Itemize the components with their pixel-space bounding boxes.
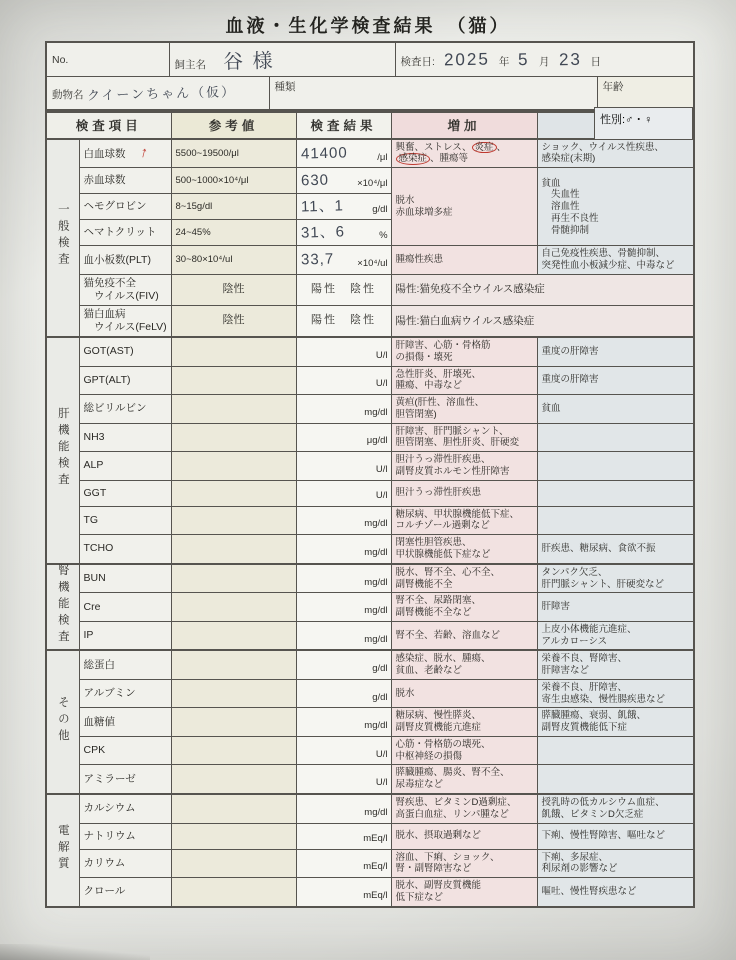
column-header-reference: 参考値 [171,112,296,139]
reference-value-cell [171,708,296,737]
result-row: クロールmEq/l脱水、副腎皮質機能低下症など嘔吐、慢性腎疾患など [46,878,694,907]
result-unit: mEq/l [363,833,387,845]
patient-info-table: No. 飼主名 谷 様 検査日: 2025 年 5 月 23 日 [45,41,695,111]
owner-label: 飼主名 [175,59,207,71]
result-row: 総ビリルビンmg/dl黄疸(肝性、溶血性、胆管閉塞)貧血 [46,395,694,424]
increase-causes-cell: 脱水、腎不全、心不全、副腎機能不全 [391,564,537,593]
photographed-form: 血液・生化学検査結果 （猫） No. 飼主名 谷 様 検査日: 2025 年 5… [0,0,736,960]
age-cell: 年齢 [597,77,694,110]
reference-value-cell [171,593,296,622]
result-value-cell: μg/dl [296,423,391,452]
decrease-causes-cell: 栄養不良、肝障害、寄生虫感染、慢性腸疾患など [537,679,694,708]
section-label: 一般検査 [46,139,79,338]
decrease-causes-cell: 自己免疫性疾患、骨髄抑制、突発性血小板減少症、中毒など [537,246,694,275]
owner-cell: 飼主名 谷 様 [169,42,395,77]
exam-month-handwritten: 5 [518,49,530,69]
column-header-item: 検査項目 [46,112,171,139]
result-value-cell: U/l [296,337,391,366]
reference-value-cell: 30~80×10⁴/ul [171,246,296,275]
result-row: 血糖値mg/dl糖尿病、慢性膵炎、副腎皮質機能亢進症膵臓腫瘍、衰弱、飢餓、副腎皮… [46,708,694,737]
result-unit: μg/dl [367,435,388,447]
reference-value-cell: 陰性 [171,306,296,338]
item-cell: GPT(ALT) [79,366,171,395]
result-row: GGTU/l胆汁うっ滞性肝疾患 [46,480,694,506]
item-cell: クロール [79,878,171,907]
item-cell: ナトリウム [79,823,171,849]
item-cell: BUN [79,564,171,593]
red-circle-annotation: 感染症 [396,153,431,165]
reference-value-cell [171,736,296,765]
results-table: 検査項目 参考値 検査結果 増加 減少 一般検査白血球数↑5500~19500/… [45,111,695,908]
result-row: GPT(ALT)U/l急性肝炎、肝壊死、腫瘍、中毒など重度の肝障害 [46,366,694,395]
increase-causes-cell: 胆汁うっ滞性肝疾患 [391,480,537,506]
result-handwritten: 11、1 [300,198,343,214]
no-label: No. [52,54,68,66]
section-label: 電解質 [46,794,79,907]
result-row: TCHOmg/dl閉塞性胆管疾患、甲状腺機能低下症など肝疾患、糖尿病、食欲不振 [46,535,694,564]
sex-cell: 性別:♂・♀ [594,107,693,140]
species-label: 種類 [275,81,296,93]
result-row: 電解質カルシウムmg/dl腎疾患、ビタミンD過剰症、高蛋白血症、リンパ腫など授乳… [46,794,694,823]
decrease-causes-cell [537,480,694,506]
decrease-causes-cell: タンパク欠乏、肝門脈シャント、肝硬変など [537,564,694,593]
decrease-causes-cell: 授乳時の低カルシウム血症、飢餓、ビタミンD欠乏症 [537,794,694,823]
item-cell: ALP [79,452,171,481]
item-cell: 赤血球数 [79,168,171,194]
item-cell: 総蛋白 [79,650,171,679]
result-value-cell: mEq/l [296,878,391,907]
result-value-cell: mg/dl [296,506,391,535]
reference-value-cell [171,480,296,506]
result-unit: U/l [376,464,388,476]
result-value-cell: mg/dl [296,621,391,650]
result-value-cell: U/l [296,452,391,481]
result-value-cell: mg/dl [296,708,391,737]
item-cell: アルブミン [79,679,171,708]
decrease-causes-cell: 重度の肝障害 [537,337,694,366]
result-value-cell: mg/dl [296,535,391,564]
result-unit: g/dl [372,692,387,704]
result-row: TGmg/dl糖尿病、甲状腺機能低下症、コルチゾール過剰など [46,506,694,535]
day-unit-label: 日 [591,56,602,68]
result-row: CPKU/l心筋・骨格筋の壊死、中枢神経の損傷 [46,736,694,765]
item-cell: GOT(AST) [79,337,171,366]
increase-causes-cell: 脱水、摂取過剰など [391,823,537,849]
result-unit: mg/dl [364,577,387,589]
result-value-cell: 陽性 陰性 [296,274,391,305]
item-cell: CPK [79,736,171,765]
decrease-causes-cell [537,765,694,794]
increase-causes-cell: 腎不全、尿路閉塞、副腎機能不全など [391,593,537,622]
result-value-cell: mg/dl [296,395,391,424]
decrease-causes-cell: 肝障害 [537,593,694,622]
result-unit: mg/dl [364,634,387,646]
animal-name-cell: 動物名 クイーンちゃん（仮） [46,77,269,110]
decrease-causes-cell: ショック、ウイルス性疾患、感染症(末期) [537,139,694,168]
increase-causes-cell: 溶血、下痢、ショック、腎・副腎障害など [391,849,537,878]
age-label: 年齢 [603,81,624,93]
result-row: 猫白血病 ウイルス(FeLV)陰性陽性 陰性陽性:猫白血病ウイルス感染症 [46,306,694,338]
item-cell: ヘマトクリット [79,220,171,246]
increase-causes-cell: 糖尿病、甲状腺機能低下症、コルチゾール過剰など [391,506,537,535]
item-cell: 血小板数(PLT) [79,246,171,275]
increase-causes-cell: 腫瘍性疾患 [391,246,537,275]
increase-causes-cell: 糖尿病、慢性膵炎、副腎皮質機能亢進症 [391,708,537,737]
item-cell: TCHO [79,535,171,564]
result-value-cell: 31、6% [296,220,391,246]
result-row: ALPU/l胆汁うっ滞性肝疾患、副腎皮質ホルモン性肝障害 [46,452,694,481]
result-value-cell: U/l [296,736,391,765]
section-label: 肝機能検査 [46,337,79,564]
result-value-cell: U/l [296,366,391,395]
increase-causes-cell: 閉塞性胆管疾患、甲状腺機能低下症など [391,535,537,564]
result-unit: mg/dl [364,720,387,732]
result-handwritten: 33,7 [300,252,334,268]
red-circle-annotation: 炎症 [472,142,497,154]
result-unit: g/dl [372,204,387,216]
result-row: 血小板数(PLT)30~80×10⁴/ul33,7×10⁴/ul腫瘍性疾患自己免… [46,246,694,275]
result-row: Cremg/dl腎不全、尿路閉塞、副腎機能不全など肝障害 [46,593,694,622]
reference-value-cell [171,794,296,823]
item-cell: 白血球数↑ [79,139,171,168]
result-row: 赤血球数500~1000×10⁴/μl630×10⁴/μl脱水赤血球増多症貧血 … [46,168,694,194]
result-value-cell: g/dl [296,679,391,708]
animal-name-handwritten: クイーンちゃん（仮） [86,81,236,104]
increase-causes-cell: 腎疾患、ビタミンD過剰症、高蛋白血症、リンパ腫など [391,794,537,823]
exam-date-cell: 検査日: 2025 年 5 月 23 日 [395,42,694,77]
result-unit: % [379,230,387,242]
no-cell: No. [46,42,169,77]
result-value-cell: 陽性 陰性 [296,306,391,338]
result-unit: mg/dl [364,605,387,617]
increase-causes-cell: 急性肝炎、肝壊死、腫瘍、中毒など [391,366,537,395]
result-unit: ×10⁴/ul [357,258,387,270]
result-row: NH3μg/dl肝障害、肝門脈シャント、胆管閉塞、胆性肝炎、肝硬変 [46,423,694,452]
reference-value-cell [171,452,296,481]
result-unit: U/l [376,378,388,390]
item-cell: 総ビリルビン [79,395,171,424]
owner-name-handwritten: 谷 様 [223,44,275,74]
decrease-causes-cell [537,423,694,452]
item-cell: ヘモグロビン [79,194,171,220]
result-row: 一般検査白血球数↑5500~19500/μl41400/μl興奮、ストレス、炎症… [46,139,694,168]
column-header-increase: 増加 [391,112,537,139]
reference-value-cell [171,621,296,650]
result-unit: /μl [377,152,387,164]
reference-value-cell: 500~1000×10⁴/μl [171,168,296,194]
reference-value-cell [171,366,296,395]
section-label: その他 [46,650,79,794]
item-cell: 猫白血病 ウイルス(FeLV) [79,306,171,338]
result-unit: mg/dl [364,518,387,530]
increase-causes-cell: 膵臓腫瘍、腸炎、腎不全、尿毒症など [391,765,537,794]
item-cell: IP [79,621,171,650]
decrease-causes-cell: 貧血 [537,395,694,424]
decrease-causes-cell: 嘔吐、慢性腎疾患など [537,878,694,907]
decrease-causes-cell [537,452,694,481]
result-unit: U/l [376,749,388,761]
result-value-cell: g/dl [296,650,391,679]
result-value-cell: 11、1g/dl [296,194,391,220]
reference-value-cell [171,849,296,878]
reference-value-cell [171,337,296,366]
increase-causes-cell: 腎不全、若齢、溶血など [391,621,537,650]
increase-causes-cell: 肝障害、心筋・骨格筋の損傷・壊死 [391,337,537,366]
red-up-arrow-annotation: ↑ [137,144,149,164]
result-value-cell: 630×10⁴/μl [296,168,391,194]
item-cell: TG [79,506,171,535]
increase-causes-cell: 興奮、ストレス、炎症、感染症、腫瘍等 [391,139,537,168]
reference-value-cell: 5500~19500/μl [171,139,296,168]
increase-causes-cell: 感染症、脱水、腫瘍、貧血、老齢など [391,650,537,679]
result-value-cell: U/l [296,480,391,506]
result-row: 肝機能検査GOT(AST)U/l肝障害、心筋・骨格筋の損傷・壊死重度の肝障害 [46,337,694,366]
result-value-cell: mEq/l [296,849,391,878]
decrease-causes-cell: 貧血 失血性 溶血性 再生不良性 骨髄抑制 [537,168,694,246]
column-header-result: 検査結果 [296,112,391,139]
exam-date-label: 検査日: [401,56,435,68]
reference-value-cell [171,395,296,424]
result-row: その他総蛋白g/dl感染症、脱水、腫瘍、貧血、老齢など栄養不良、腎障害、肝障害な… [46,650,694,679]
reference-value-cell [171,679,296,708]
reference-value-cell [171,506,296,535]
increase-causes-cell: 心筋・骨格筋の壊死、中枢神経の損傷 [391,736,537,765]
reference-value-cell [171,564,296,593]
form-title: 血液・生化学検査結果 （猫） [0,12,736,38]
reference-value-cell: 8~15g/dl [171,194,296,220]
exam-day-handwritten: 23 [558,49,581,69]
positive-note-cell: 陽性:猫免疫不全ウイルス感染症 [391,274,694,305]
increase-causes-cell: 黄疸(肝性、溶血性、胆管閉塞) [391,395,537,424]
month-unit-label: 月 [539,56,550,68]
item-cell: 血糖値 [79,708,171,737]
result-handwritten: 41400 [300,145,347,161]
result-value-cell: 41400/μl [296,139,391,168]
result-row: アミラーゼU/l膵臓腫瘍、腸炎、腎不全、尿毒症など [46,765,694,794]
result-unit: U/l [376,350,388,362]
animal-name-label: 動物名 [52,89,84,101]
result-handwritten: 630 [300,173,328,189]
reference-value-cell: 24~45% [171,220,296,246]
result-value-cell: mg/dl [296,564,391,593]
result-row: ナトリウムmEq/l脱水、摂取過剰など下痢、慢性腎障害、嘔吐など [46,823,694,849]
reference-value-cell [171,878,296,907]
result-unit: U/l [376,777,388,789]
decrease-causes-cell [537,736,694,765]
decrease-causes-cell: 上皮小体機能亢進症、アルカローシス [537,621,694,650]
decrease-causes-cell: 肝疾患、糖尿病、食欲不振 [537,535,694,564]
increase-causes-cell: 脱水 [391,679,537,708]
reference-value-cell [171,535,296,564]
result-unit: U/l [376,490,388,502]
result-unit: mg/dl [364,807,387,819]
result-row: アルブミンg/dl脱水栄養不良、肝障害、寄生虫感染、慢性腸疾患など [46,679,694,708]
decrease-causes-cell: 栄養不良、腎障害、肝障害など [537,650,694,679]
positive-note-cell: 陽性:猫白血病ウイルス感染症 [391,306,694,338]
increase-causes-cell: 脱水、副腎皮質機能低下症など [391,878,537,907]
decrease-causes-cell: 下痢、多尿症、利尿剤の影響など [537,849,694,878]
item-cell: アミラーゼ [79,765,171,794]
item-cell: カルシウム [79,794,171,823]
item-cell: NH3 [79,423,171,452]
result-unit: ×10⁴/μl [357,178,387,190]
reference-value-cell [171,423,296,452]
item-cell: GGT [79,480,171,506]
increase-causes-cell: 脱水赤血球増多症 [391,168,537,246]
year-unit-label: 年 [499,56,510,68]
item-cell: Cre [79,593,171,622]
reference-value-cell: 陰性 [171,274,296,305]
result-value-cell: 33,7×10⁴/ul [296,246,391,275]
species-cell: 種類 [269,77,597,110]
result-handwritten: 31、6 [300,224,344,240]
sex-label: 性別:♂・♀ [600,114,653,126]
result-value-cell: mEq/l [296,823,391,849]
decrease-causes-cell: 重度の肝障害 [537,366,694,395]
decrease-causes-cell: 下痢、慢性腎障害、嘔吐など [537,823,694,849]
reference-value-cell [171,823,296,849]
increase-causes-cell: 肝障害、肝門脈シャント、胆管閉塞、胆性肝炎、肝硬変 [391,423,537,452]
result-unit: mEq/l [363,861,387,873]
form-body: No. 飼主名 谷 様 検査日: 2025 年 5 月 23 日 [45,41,693,908]
result-value-cell: mg/dl [296,794,391,823]
increase-causes-cell: 胆汁うっ滞性肝疾患、副腎皮質ホルモン性肝障害 [391,452,537,481]
result-row: IPmg/dl腎不全、若齢、溶血など上皮小体機能亢進症、アルカローシス [46,621,694,650]
section-label: 腎機能検査 [46,564,79,651]
result-value-cell: mg/dl [296,593,391,622]
result-row: 猫免疫不全 ウイルス(FIV)陰性陽性 陰性陽性:猫免疫不全ウイルス感染症 [46,274,694,305]
result-unit: g/dl [372,663,387,675]
result-unit: mg/dl [364,407,387,419]
decrease-causes-cell: 膵臓腫瘍、衰弱、飢餓、副腎皮質機能低下症 [537,708,694,737]
result-value-cell: U/l [296,765,391,794]
result-row: 腎機能検査BUNmg/dl脱水、腎不全、心不全、副腎機能不全タンパク欠乏、肝門脈… [46,564,694,593]
item-cell: カリウム [79,849,171,878]
decrease-causes-cell [537,506,694,535]
item-cell: 猫免疫不全 ウイルス(FIV) [79,274,171,305]
result-unit: mg/dl [364,547,387,559]
exam-year-handwritten: 2025 [444,49,490,70]
result-row: カリウムmEq/l溶血、下痢、ショック、腎・副腎障害など下痢、多尿症、利尿剤の影… [46,849,694,878]
photo-corner-shadow [0,944,150,960]
result-unit: mEq/l [363,890,387,902]
reference-value-cell [171,765,296,794]
reference-value-cell [171,650,296,679]
